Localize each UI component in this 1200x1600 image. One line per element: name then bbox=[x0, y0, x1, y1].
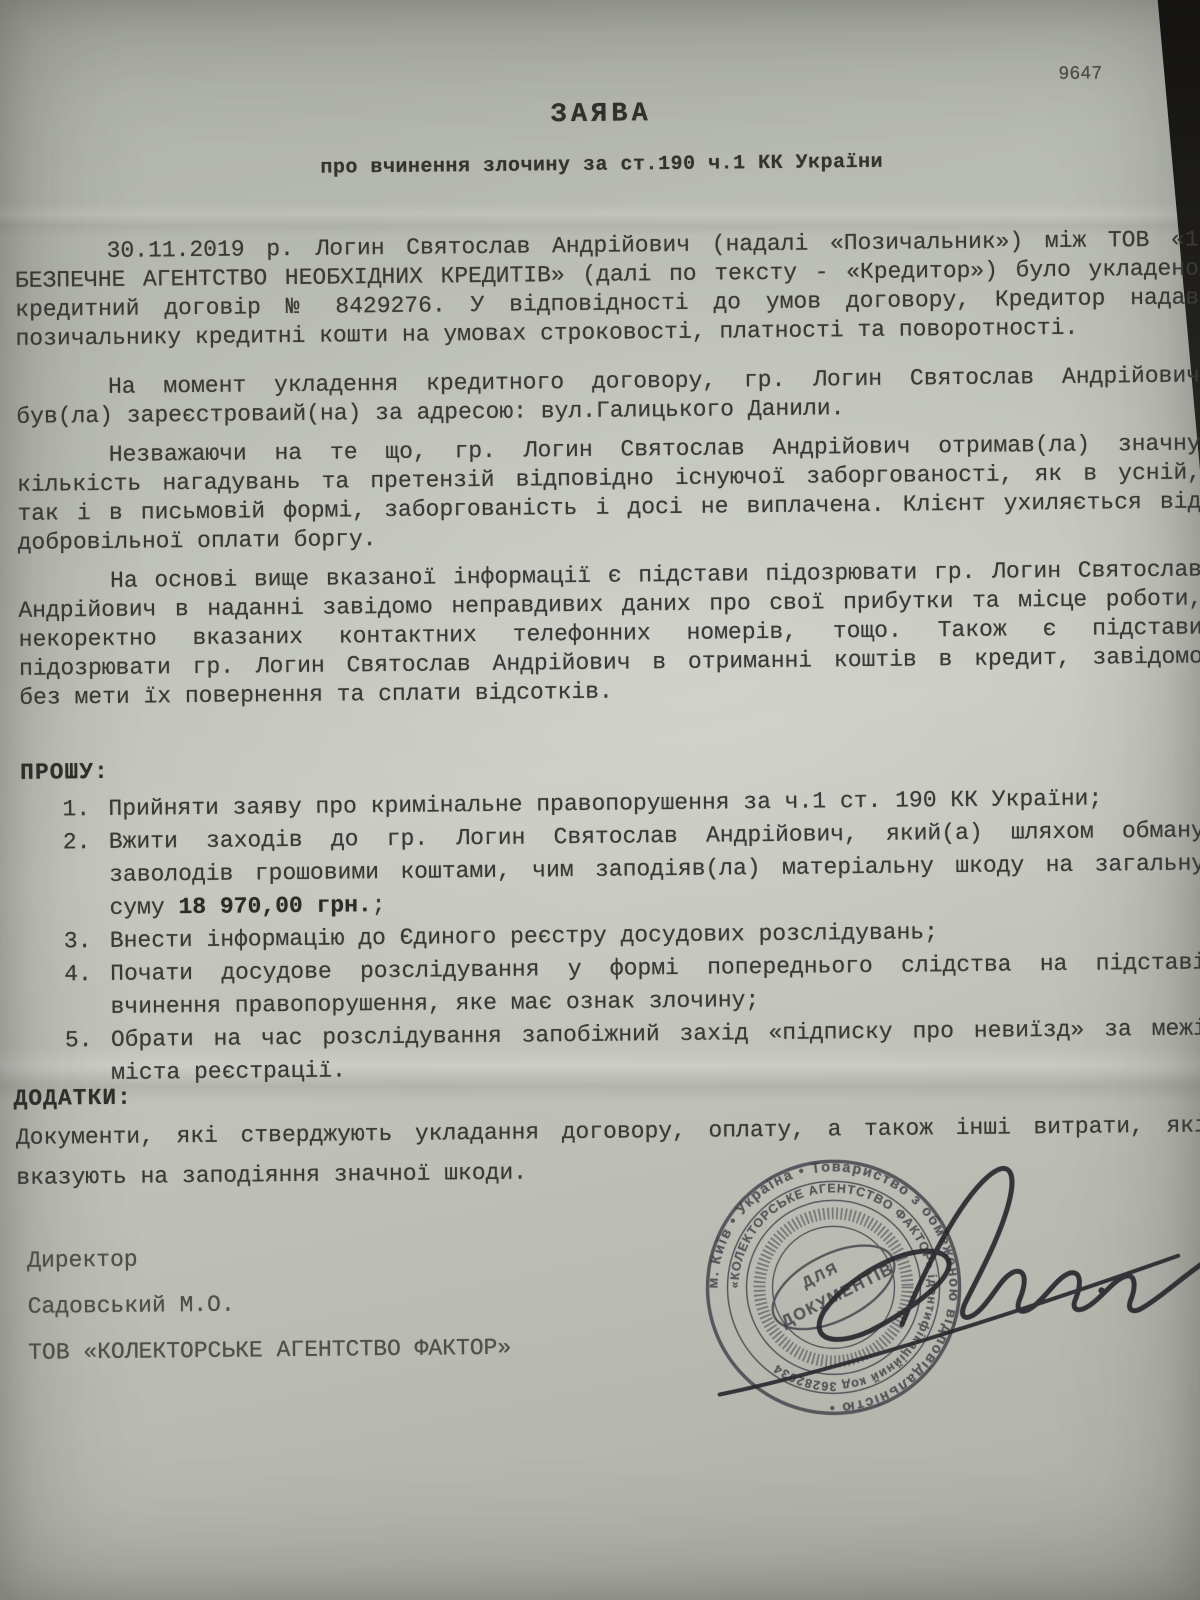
list-item-number: 5. bbox=[65, 1024, 111, 1057]
damage-amount: 18 970,00 грн. bbox=[178, 892, 371, 920]
paragraph-debt: Незважаючи на те що, гр. Логин Святослав… bbox=[17, 429, 1200, 557]
paragraph-address: На момент укладення кредитного договору,… bbox=[16, 361, 1200, 431]
request-heading: ПРОШУ: bbox=[20, 759, 109, 786]
signer-company: ТОВ «КОЛЕКТОРСЬКЕ АГЕНТСТВО ФАКТОР» bbox=[28, 1335, 511, 1366]
paragraph-suspicion: На основі вище вказаної інформації є під… bbox=[18, 555, 1200, 712]
list-item: 4. Почати досудове розслідування у формі… bbox=[64, 946, 1200, 1024]
document-subtitle: про вчинення злочину за ст.190 ч.1 КК Ук… bbox=[2, 147, 1200, 183]
list-item-number: 3. bbox=[64, 925, 110, 958]
list-item: 5. Обрати на час розслідування запобіжни… bbox=[65, 1012, 1200, 1090]
photographed-document: 9647 ЗАЯВА про вчинення злочину за ст.19… bbox=[0, 0, 1200, 1600]
list-item-text: Обрати на час розслідування запобіжний з… bbox=[111, 1012, 1200, 1089]
document-content: 9647 ЗАЯВА про вчинення злочину за ст.19… bbox=[0, 0, 1200, 1600]
signer-position: Директор bbox=[27, 1247, 138, 1274]
list-item-number: 4. bbox=[64, 958, 110, 991]
amount-suffix: ; bbox=[372, 892, 386, 918]
list-item: 2. Вжити заходів до гр. Логин Святослав … bbox=[63, 814, 1200, 925]
list-item-text: Почати досудове розслідування у формі по… bbox=[110, 946, 1200, 1023]
list-item-number: 1. bbox=[62, 793, 108, 826]
attachments-heading: ДОДАТКИ: bbox=[13, 1085, 132, 1112]
company-stamp-and-signature: м. Київ • Україна • Товариство з обмежен… bbox=[672, 1107, 1200, 1463]
list-item-text: Вжити заходів до гр. Логин Святослав Анд… bbox=[109, 814, 1200, 924]
page-number: 9647 bbox=[1059, 62, 1103, 83]
list-line: Внести інформацію до Єдиного реєстру дос… bbox=[110, 919, 938, 954]
signer-name: Садовський М.О. bbox=[28, 1292, 235, 1320]
document-title: ЗАЯВА bbox=[1, 93, 1200, 136]
amount-prefix: суму bbox=[109, 894, 178, 921]
stamp-text: м. Київ • Україна • Товариство з обмежен… bbox=[704, 1158, 963, 1417]
paragraph-contract: 30.11.2019 р. Логин Святослав Андрійович… bbox=[14, 225, 1199, 353]
list-item-number: 2. bbox=[63, 826, 109, 859]
request-list: 1. Прийняти заяву про кримінальне правоп… bbox=[62, 781, 1200, 1090]
